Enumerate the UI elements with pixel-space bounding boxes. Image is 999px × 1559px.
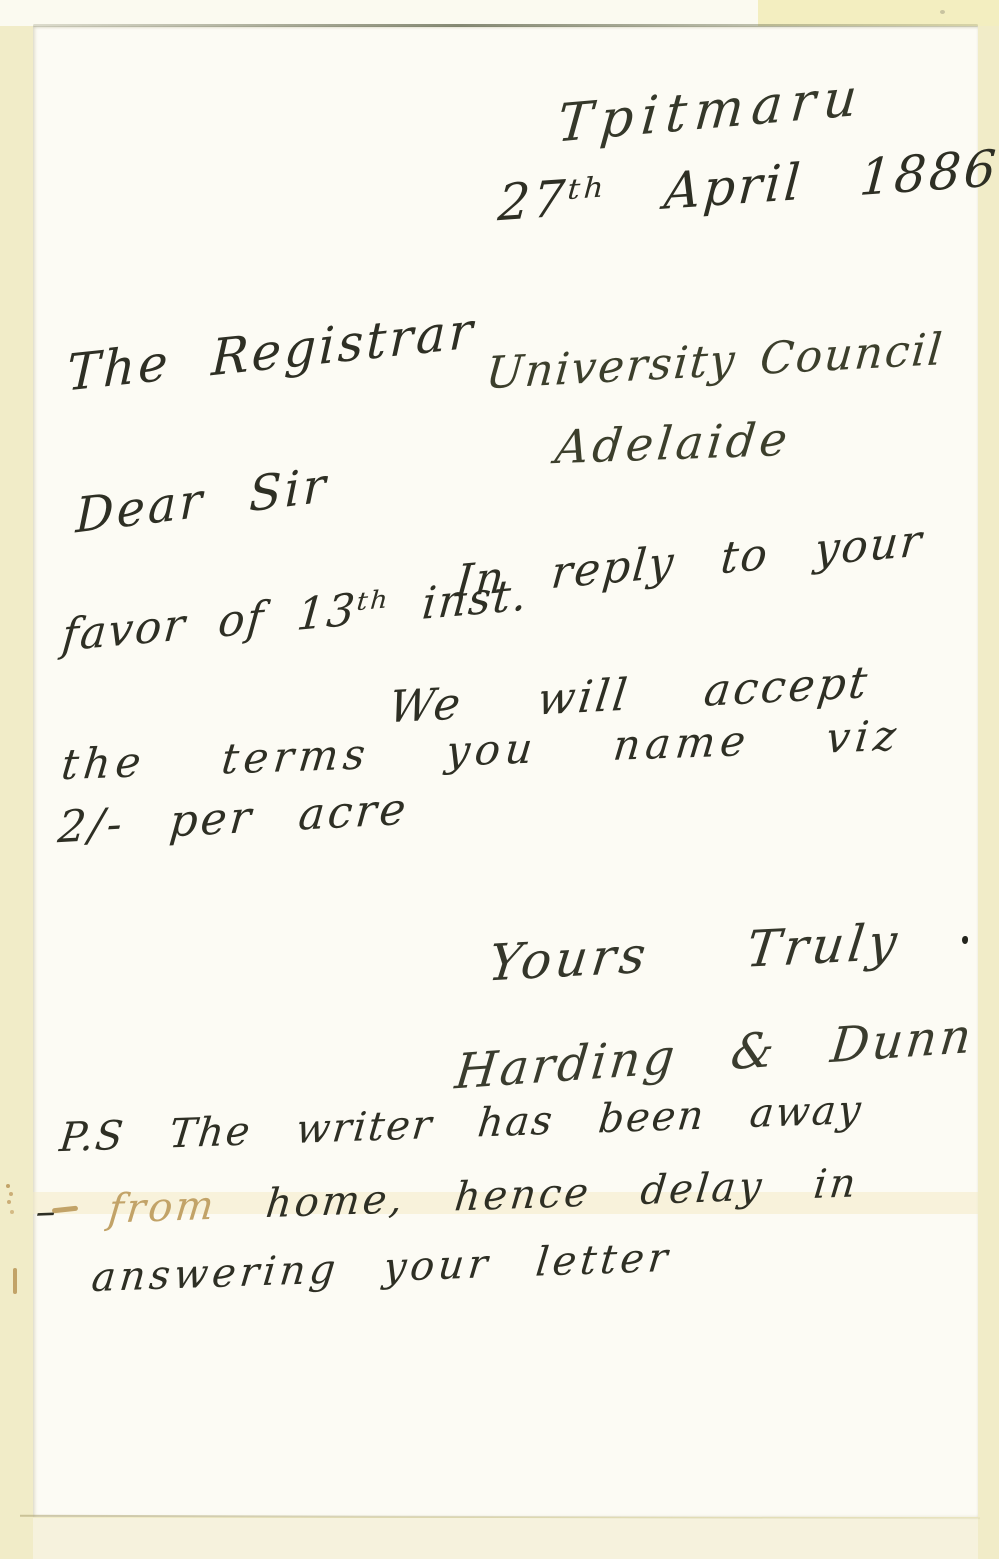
scan-bottom-strip (33, 1518, 978, 1559)
letter-scan: Tpitmaru 27ᵗʰ April 1886 The Registrar U… (0, 0, 999, 1559)
scan-dust-speck (940, 10, 945, 14)
margin-ink-dots (6, 1184, 10, 1188)
scan-top-strip (0, 0, 758, 26)
recipient-city: Adelaide (553, 416, 793, 470)
postscript-faded-word: from (106, 1183, 219, 1233)
paper-top-edge (33, 24, 978, 27)
ink-speck (962, 936, 968, 944)
scan-top-strip-right (758, 0, 999, 26)
margin-ink-tick (13, 1268, 17, 1294)
